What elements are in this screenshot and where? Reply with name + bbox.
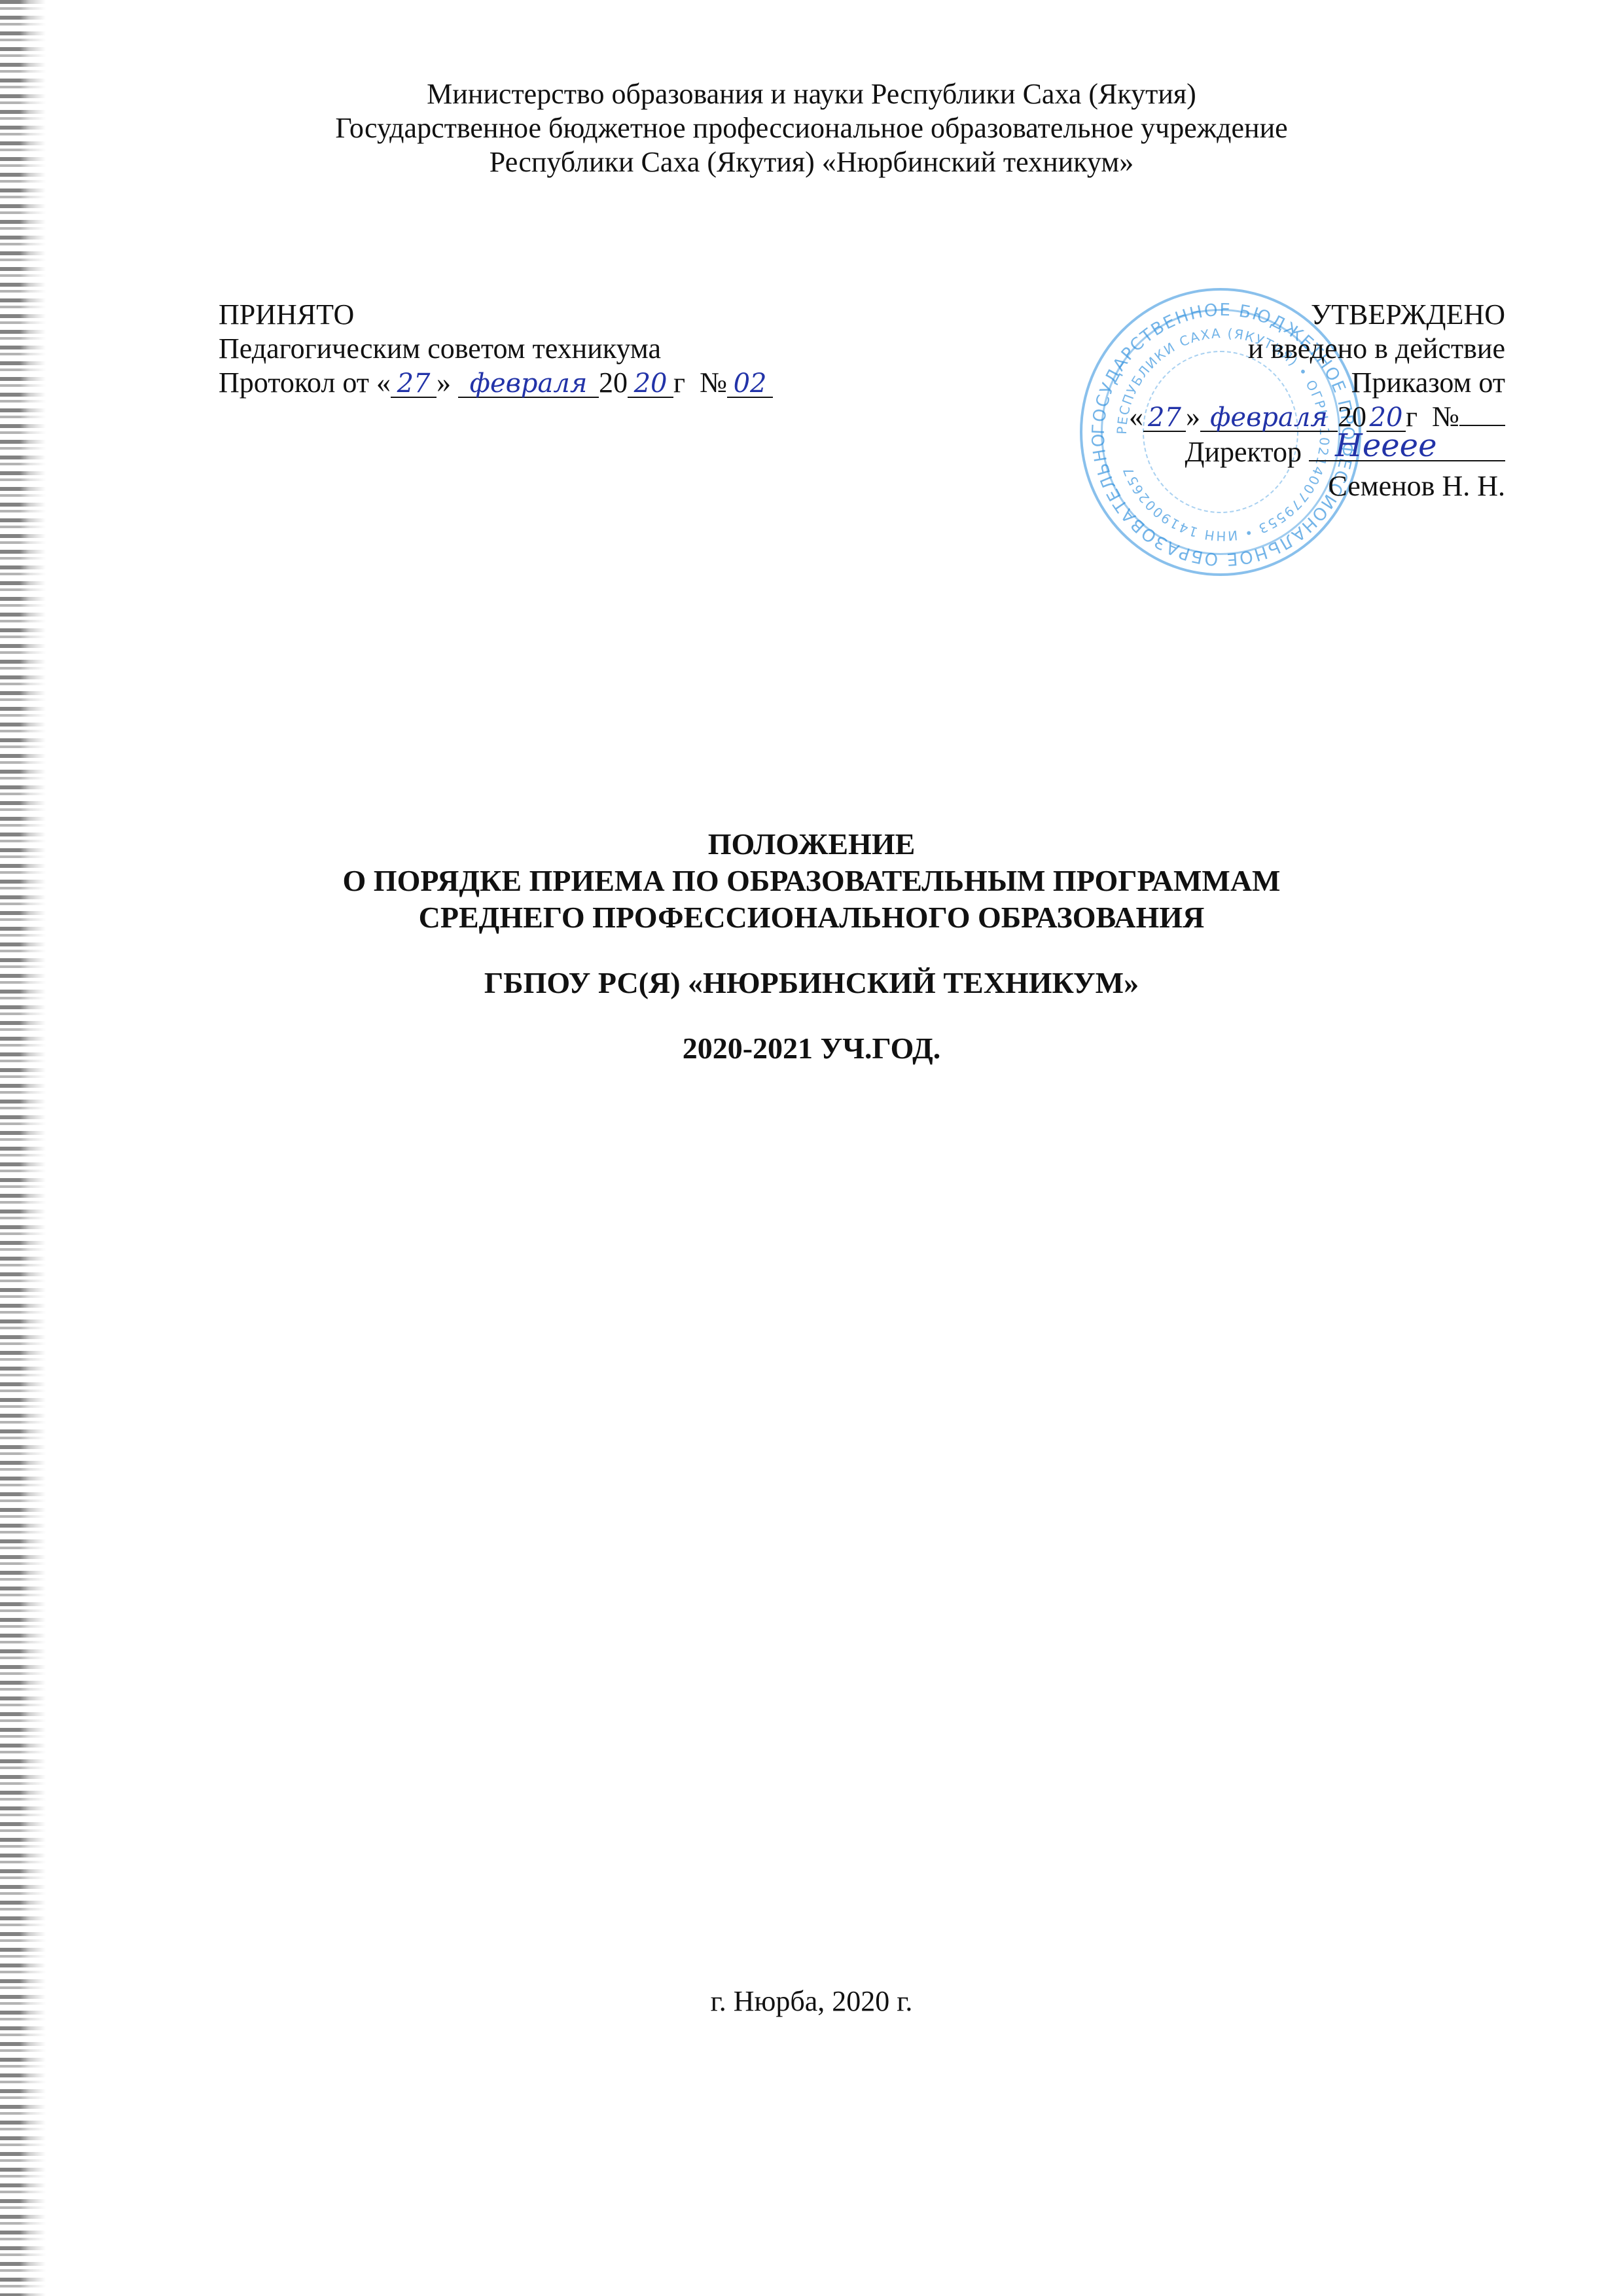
protocol-prefix: Протокол от «	[219, 367, 391, 399]
ministry-line: Министерство образования и науки Республ…	[0, 77, 1623, 111]
document-title: ПОЛОЖЕНИЕ О ПОРЯДКЕ ПРИЕМА ПО ОБРАЗОВАТЕ…	[0, 826, 1623, 1067]
order-line: «27»февраля2020г №	[1073, 400, 1505, 434]
protocol-number-label: №	[700, 367, 727, 399]
protocol-number: 02	[734, 368, 767, 399]
place-date: г. Нюрба, 2020 г.	[0, 1984, 1623, 2018]
protocol-year-suffix: 20	[634, 368, 668, 399]
director-label: Директор	[1185, 436, 1302, 468]
protocol-quote-close: »	[437, 367, 451, 399]
document-footer: г. Нюрба, 2020 г.	[0, 1984, 1623, 2018]
accepted-block: ПРИНЯТО Педагогическим советом техникума…	[219, 298, 773, 400]
title-line-5: 2020-2021 УЧ.ГОД.	[0, 1030, 1623, 1067]
order-quote-close: »	[1186, 401, 1200, 433]
title-line-4: ГБПОУ РС(Я) «НЮРБИНСКИЙ ТЕХНИКУМ»	[0, 965, 1623, 1001]
signature-line: Нееее	[1309, 434, 1505, 461]
document-header: Министерство образования и науки Республ…	[0, 77, 1623, 179]
approved-block: УТВЕРЖДЕНО и введено в действие Приказом…	[1073, 298, 1505, 503]
accepted-label: ПРИНЯТО	[219, 298, 773, 332]
approved-line2: и введено в действие	[1073, 332, 1505, 366]
title-line-1: ПОЛОЖЕНИЕ	[0, 826, 1623, 863]
institution-line-2: Республики Саха (Якутия) «Нюрбинский тех…	[0, 145, 1623, 179]
order-month: февраля	[1210, 403, 1328, 433]
title-line-2: О ПОРЯДКЕ ПРИЕМА ПО ОБРАЗОВАТЕЛЬНЫМ ПРОГ…	[0, 863, 1623, 899]
protocol-year-g: г	[673, 367, 685, 399]
approved-line3: Приказом от	[1073, 366, 1505, 400]
protocol-year-prefix: 20	[599, 367, 628, 399]
scan-edge-artifact	[0, 0, 46, 2296]
accepted-body: Педагогическим советом техникума	[219, 332, 773, 366]
director-signature: Нееее	[1335, 429, 1436, 463]
approved-label: УТВЕРЖДЕНО	[1073, 298, 1505, 332]
order-quote-open: «	[1129, 401, 1143, 433]
order-day: 27	[1148, 403, 1181, 433]
title-line-3: СРЕДНЕГО ПРОФЕССИОНАЛЬНОГО ОБРАЗОВАНИЯ	[0, 899, 1623, 936]
director-line: Директор Нееее	[1073, 434, 1505, 469]
protocol-day: 27	[397, 368, 431, 399]
director-name: Семенов Н. Н.	[1073, 469, 1505, 503]
protocol-month: февраля	[470, 368, 588, 399]
protocol-line: Протокол от «27» февраля2020г №02	[219, 366, 773, 400]
institution-line: Государственное бюджетное профессиональн…	[0, 111, 1623, 145]
